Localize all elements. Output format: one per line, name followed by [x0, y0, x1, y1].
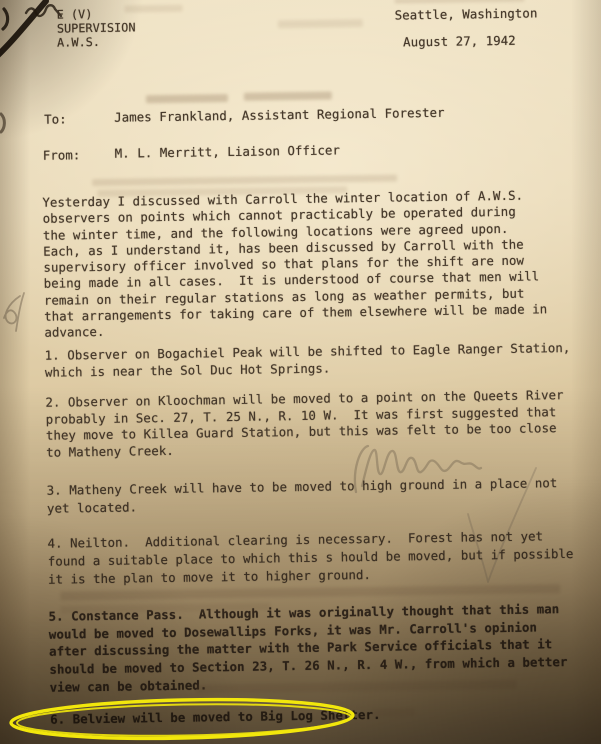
file-code: E (V) SUPERVISION A.W.S.: [57, 7, 136, 50]
ghost-text-smudge: [394, 0, 524, 4]
ghost-text-smudge: [92, 175, 397, 187]
memo-photo: E (V) SUPERVISION A.W.S. Seattle, Washin…: [0, 0, 601, 744]
list-item-4: 4. Neilton. Additional clearing is neces…: [47, 527, 573, 589]
place-line: Seattle, Washington: [395, 5, 538, 23]
intro-paragraph: Yesterday I discussed with Carroll the w…: [42, 187, 547, 341]
date-line: August 27, 1942: [403, 33, 516, 51]
ghost-text-smudge: [244, 91, 332, 100]
ghost-text-smudge: [278, 19, 363, 28]
ghost-text-smudge: [146, 94, 228, 103]
to-label: To:: [44, 111, 67, 128]
typewritten-content: E (V) SUPERVISION A.W.S. Seattle, Washin…: [0, 0, 601, 744]
list-item-6: 6. Belview will be moved to Big Log Shel…: [50, 707, 381, 728]
list-item-1: 1. Observer on Bogachiel Peak will be sh…: [45, 339, 571, 381]
from-value: M. L. Merritt, Liaison Officer: [115, 142, 341, 162]
list-item-2: 2. Observer on Kloochman will be moved t…: [45, 387, 564, 461]
list-item-3: 3. Matheny Creek will have to be moved t…: [47, 474, 558, 518]
to-value: James Frankland, Assistant Regional Fore…: [114, 105, 445, 126]
from-label: From:: [43, 147, 81, 164]
ghost-text-smudge: [125, 5, 183, 13]
ghost-text-smudge: [373, 708, 415, 717]
